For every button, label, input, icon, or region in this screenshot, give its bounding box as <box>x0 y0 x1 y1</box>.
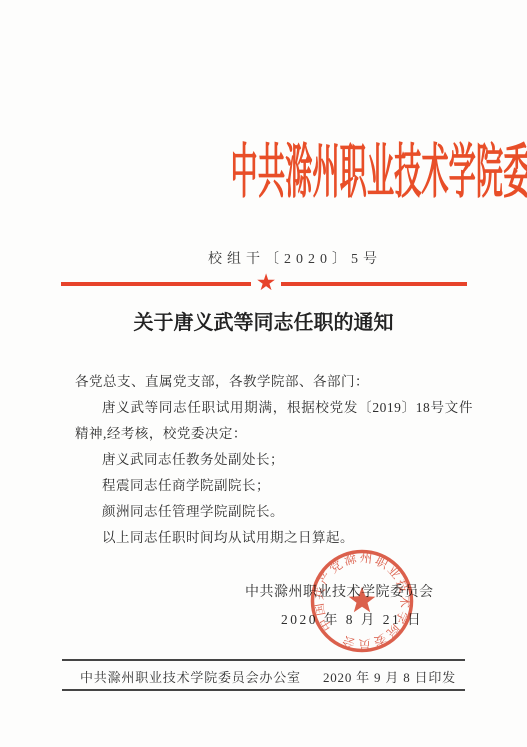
footer-rule-bottom <box>62 689 465 691</box>
footer: 中共滁州职业技术学院委员会办公室 2020 年 9 月 8 日印发 <box>80 667 456 686</box>
appointment-item: 程震同志任商学院副院长； <box>75 473 473 499</box>
official-seal: 中国共产党滁州职业技术学院委员会 <box>291 530 433 672</box>
letterhead-title: 中共滁州职业技术学院委员会文件 <box>231 143 527 202</box>
footer-rule-top <box>62 659 465 661</box>
official-document-page: 中共滁州职业技术学院委员会文件 校组干〔2020〕5号 ★ 关于唐义武等同志任职… <box>0 0 527 747</box>
footer-issuer: 中共滁州职业技术学院委员会办公室 <box>80 667 301 686</box>
red-rule-left <box>61 282 251 286</box>
document-body: 各党总支、直属党支部，各教学院部、各部门： 唐义武等同志任职试用期满，根据校党发… <box>75 369 473 551</box>
footer-print-date: 2020 年 9 月 8 日印发 <box>323 667 456 686</box>
body-paragraph: 唐义武等同志任职试用期满，根据校党发〔2019〕18号文件精神,经考核，校党委决… <box>75 395 473 447</box>
appointment-item: 颜洲同志任管理学院副院长。 <box>75 499 473 525</box>
seal-star-icon <box>349 587 376 612</box>
document-number: 校组干〔2020〕5号 <box>208 248 382 268</box>
letterhead: 中共滁州职业技术学院委员会文件 <box>0 143 527 203</box>
star-icon: ★ <box>253 270 279 296</box>
salutation-line: 各党总支、直属党支部，各教学院部、各部门： <box>75 369 473 395</box>
appointment-item: 唐义武同志任教务处副处长； <box>75 447 473 473</box>
document-title: 关于唐义武等同志任职的通知 <box>0 306 527 335</box>
red-rule-right <box>281 282 467 286</box>
